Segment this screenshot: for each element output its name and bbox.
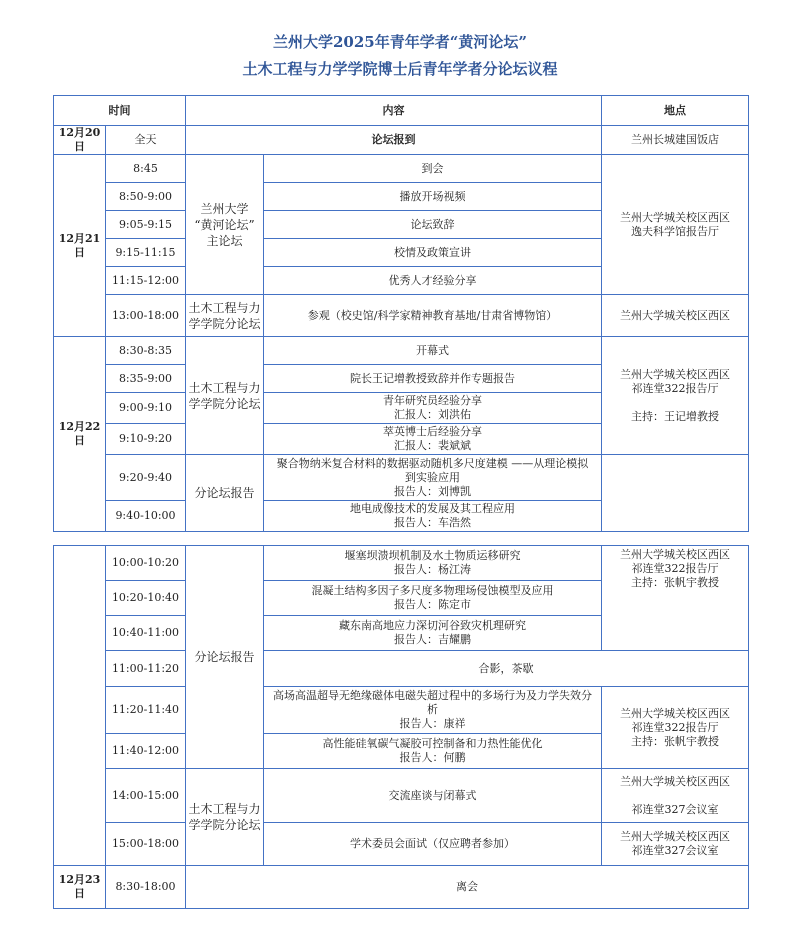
session-line: 学学院分论坛 xyxy=(188,817,261,833)
table-row: 15:00-18:00 学术委员会面试（仅应聘者参加） 兰州大学城关校区西区 祁… xyxy=(54,823,749,866)
content-line: 报告人：康祥 xyxy=(266,717,599,731)
venue-line: 主持：王记增教授 xyxy=(604,410,746,424)
content-line: 汇报人：裴斌斌 xyxy=(266,439,599,453)
session-line: 学学院分论坛 xyxy=(188,316,261,332)
content-cell: 聚合物纳米复合材料的数据驱动随机多尺度建模 ——从理论模拟 到实验应用 报告人：… xyxy=(264,455,602,501)
venue-cell: 兰州大学城关校区西区 祁连堂327会议室 xyxy=(602,823,749,866)
content-line: 藏东南高地应力深切河谷致灾机理研究 xyxy=(266,619,599,633)
time-cell: 9:20-9:40 xyxy=(106,455,186,501)
content-line: 堰塞坝溃坝机制及水土物质运移研究 xyxy=(266,549,599,563)
venue-line: 兰州大学城关校区西区 xyxy=(604,548,746,562)
content-line: 青年研究员经验分享 xyxy=(266,394,599,408)
table-row: 12月22日 8:30-8:35 土木工程与力 学学院分论坛 开幕式 兰州大学城… xyxy=(54,337,749,365)
content-line: 聚合物纳米复合材料的数据驱动随机多尺度建模 ——从理论模拟 xyxy=(266,457,599,471)
session-line: 土木工程与力 xyxy=(188,300,261,316)
content-cell: 高性能硅氧碳气凝胶可控制备和力热性能优化 报告人：何鹏 xyxy=(264,734,602,769)
content-line: 地电成像技术的发展及其工程应用 xyxy=(266,502,599,516)
header-time: 时间 xyxy=(54,96,186,126)
content-line: 报告人：陈定市 xyxy=(266,598,599,612)
time-cell: 9:00-9:10 xyxy=(106,393,186,424)
agenda-table-part2: 10:00-10:20 分论坛报告 堰塞坝溃坝机制及水土物质运移研究 报告人：杨… xyxy=(53,545,749,909)
venue-cell xyxy=(602,455,749,532)
content-cell: 堰塞坝溃坝机制及水土物质运移研究 报告人：杨江涛 xyxy=(264,546,602,581)
time-cell: 8:50-9:00 xyxy=(106,183,186,211)
time-cell: 11:15-12:00 xyxy=(106,267,186,295)
time-cell: 14:00-15:00 xyxy=(106,769,186,823)
content-line: 高性能硅氧碳气凝胶可控制备和力热性能优化 xyxy=(266,737,599,751)
venue-spacer xyxy=(604,396,746,410)
session-cell: 土木工程与力 学学院分论坛 xyxy=(186,295,264,337)
date-cell: 12月22日 xyxy=(54,337,106,532)
session-line: 主论坛 xyxy=(188,233,261,249)
content-cell: 开幕式 xyxy=(264,337,602,365)
time-cell: 10:20-10:40 xyxy=(106,581,186,616)
venue-spacer xyxy=(604,789,746,803)
table-row: 10:00-10:20 分论坛报告 堰塞坝溃坝机制及水土物质运移研究 报告人：杨… xyxy=(54,546,749,581)
header-content: 内容 xyxy=(186,96,602,126)
venue-cell: 兰州大学城关校区西区 祁连堂322报告厅 主持：王记增教授 xyxy=(602,337,749,455)
table-row: 11:20-11:40 高场高温超导无绝缘磁体电磁失超过程中的多场行为及力学失效… xyxy=(54,687,749,734)
content-cell: 院长王记增教授致辞并作专题报告 xyxy=(264,365,602,393)
time-cell: 8:30-18:00 xyxy=(106,866,186,909)
table-row: 12月20日 全天 论坛报到 兰州长城建国饭店 xyxy=(54,126,749,155)
session-cell: 兰州大学 “黄河论坛” 主论坛 xyxy=(186,155,264,295)
venue-cell: 兰州大学城关校区西区 逸夫科学馆报告厅 xyxy=(602,155,749,295)
session-cell: 分论坛报告 xyxy=(186,455,264,532)
content-line: 析 xyxy=(266,703,599,717)
venue-line: 兰州大学城关校区西区 xyxy=(604,368,746,382)
content-cell: 论坛报到 xyxy=(186,126,602,155)
content-cell: 优秀人才经验分享 xyxy=(264,267,602,295)
header-venue: 地点 xyxy=(602,96,749,126)
venue-cell: 兰州大学城关校区西区 xyxy=(602,295,749,337)
content-line: 混凝土结构多因子多尺度多物理场侵蚀模型及应用 xyxy=(266,584,599,598)
time-cell: 15:00-18:00 xyxy=(106,823,186,866)
content-line: 高场高温超导无绝缘磁体电磁失超过程中的多场行为及力学失效分 xyxy=(266,689,599,703)
venue-line: 兰州大学城关校区西区 xyxy=(604,830,746,844)
content-cell: 藏东南高地应力深切河谷致灾机理研究 报告人：吉耀鹏 xyxy=(264,616,602,651)
date-cell-continued xyxy=(54,546,106,866)
venue-line: 祁连堂327会议室 xyxy=(604,844,746,858)
time-cell: 11:40-12:00 xyxy=(106,734,186,769)
time-cell: 10:00-10:20 xyxy=(106,546,186,581)
time-cell: 8:45 xyxy=(106,155,186,183)
content-cell: 混凝土结构多因子多尺度多物理场侵蚀模型及应用 报告人：陈定市 xyxy=(264,581,602,616)
agenda-table-part1: 时间 内容 地点 12月20日 全天 论坛报到 兰州长城建国饭店 12月21日 … xyxy=(53,95,749,532)
content-cell: 学术委员会面试（仅应聘者参加） xyxy=(264,823,602,866)
session-line: 学学院分论坛 xyxy=(188,396,261,412)
table-row: 13:00-18:00 土木工程与力 学学院分论坛 参观（校史馆/科学家精神教育… xyxy=(54,295,749,337)
time-cell: 8:30-8:35 xyxy=(106,337,186,365)
content-line: 报告人：何鹏 xyxy=(266,751,599,765)
content-line: 报告人：吉耀鹏 xyxy=(266,633,599,647)
session-cell: 土木工程与力 学学院分论坛 xyxy=(186,769,264,866)
content-cell: 播放开场视频 xyxy=(264,183,602,211)
table-row: 12月21日 8:45 兰州大学 “黄河论坛” 主论坛 到会 兰州大学城关校区西… xyxy=(54,155,749,183)
header-row: 时间 内容 地点 xyxy=(54,96,749,126)
content-line: 到实验应用 xyxy=(266,471,599,485)
content-cell: 地电成像技术的发展及其工程应用 报告人：车浩然 xyxy=(264,501,602,532)
venue-line: 祁连堂327会议室 xyxy=(604,803,746,817)
content-cell: 青年研究员经验分享 汇报人：刘洪佑 xyxy=(264,393,602,424)
document-title-line1: 兰州大学2025年青年学者“黄河论坛” xyxy=(0,31,800,52)
venue-line: 祁连堂322报告厅 xyxy=(604,562,746,576)
session-line: 兰州大学 xyxy=(188,201,261,217)
venue-line: 祁连堂322报告厅 xyxy=(604,382,746,396)
content-cell: 校情及政策宣讲 xyxy=(264,239,602,267)
content-cell: 到会 xyxy=(264,155,602,183)
table-row: 11:00-11:20 合影，茶歇 xyxy=(54,651,749,687)
venue-line: 兰州大学城关校区西区 xyxy=(604,775,746,789)
venue-line: 祁连堂322报告厅 xyxy=(604,721,746,735)
time-cell: 11:00-11:20 xyxy=(106,651,186,687)
content-cell: 交流座谈与闭幕式 xyxy=(264,769,602,823)
content-line: 报告人：杨江涛 xyxy=(266,563,599,577)
time-cell: 9:05-9:15 xyxy=(106,211,186,239)
content-line: 报告人：刘博凯 xyxy=(266,485,599,499)
venue-line: 主持：张帆宇教授 xyxy=(604,735,746,749)
session-cell: 分论坛报告 xyxy=(186,546,264,769)
content-line: 萃英博士后经验分享 xyxy=(266,425,599,439)
content-cell: 论坛致辞 xyxy=(264,211,602,239)
table-row: 14:00-15:00 土木工程与力 学学院分论坛 交流座谈与闭幕式 兰州大学城… xyxy=(54,769,749,823)
time-cell: 13:00-18:00 xyxy=(106,295,186,337)
venue-cell: 兰州大学城关校区西区 祁连堂322报告厅 主持：张帆宇教授 xyxy=(602,546,749,651)
time-cell: 9:15-11:15 xyxy=(106,239,186,267)
session-cell: 土木工程与力 学学院分论坛 xyxy=(186,337,264,455)
time-cell: 10:40-11:00 xyxy=(106,616,186,651)
time-cell: 11:20-11:40 xyxy=(106,687,186,734)
venue-line: 兰州大学城关校区西区 xyxy=(604,211,746,225)
table-row: 12月23日 8:30-18:00 离会 xyxy=(54,866,749,909)
table-row: 9:20-9:40 分论坛报告 聚合物纳米复合材料的数据驱动随机多尺度建模 ——… xyxy=(54,455,749,501)
content-line: 汇报人：刘洪佑 xyxy=(266,408,599,422)
venue-line: 主持：张帆宇教授 xyxy=(604,576,746,590)
venue-cell: 兰州大学城关校区西区 祁连堂327会议室 xyxy=(602,769,749,823)
date-cell: 12月23日 xyxy=(54,866,106,909)
time-cell: 9:10-9:20 xyxy=(106,424,186,455)
content-cell: 高场高温超导无绝缘磁体电磁失超过程中的多场行为及力学失效分 析 报告人：康祥 xyxy=(264,687,602,734)
content-cell-break: 合影，茶歇 xyxy=(264,651,749,687)
content-cell: 参观（校史馆/科学家精神教育基地/甘肃省博物馆） xyxy=(264,295,602,337)
venue-line: 兰州大学城关校区西区 xyxy=(604,707,746,721)
session-line: 土木工程与力 xyxy=(188,801,261,817)
time-cell: 全天 xyxy=(106,126,186,155)
venue-line: 逸夫科学馆报告厅 xyxy=(604,225,746,239)
time-cell: 9:40-10:00 xyxy=(106,501,186,532)
time-cell: 8:35-9:00 xyxy=(106,365,186,393)
venue-cell: 兰州长城建国饭店 xyxy=(602,126,749,155)
venue-cell: 兰州大学城关校区西区 祁连堂322报告厅 主持：张帆宇教授 xyxy=(602,687,749,769)
content-cell: 萃英博士后经验分享 汇报人：裴斌斌 xyxy=(264,424,602,455)
content-cell: 离会 xyxy=(186,866,749,909)
content-line: 报告人：车浩然 xyxy=(266,516,599,530)
document-title-line2: 土木工程与力学学院博士后青年学者分论坛议程 xyxy=(0,58,800,79)
date-cell: 12月20日 xyxy=(54,126,106,155)
date-cell: 12月21日 xyxy=(54,155,106,337)
session-line: 土木工程与力 xyxy=(188,380,261,396)
session-line: “黄河论坛” xyxy=(188,217,261,233)
